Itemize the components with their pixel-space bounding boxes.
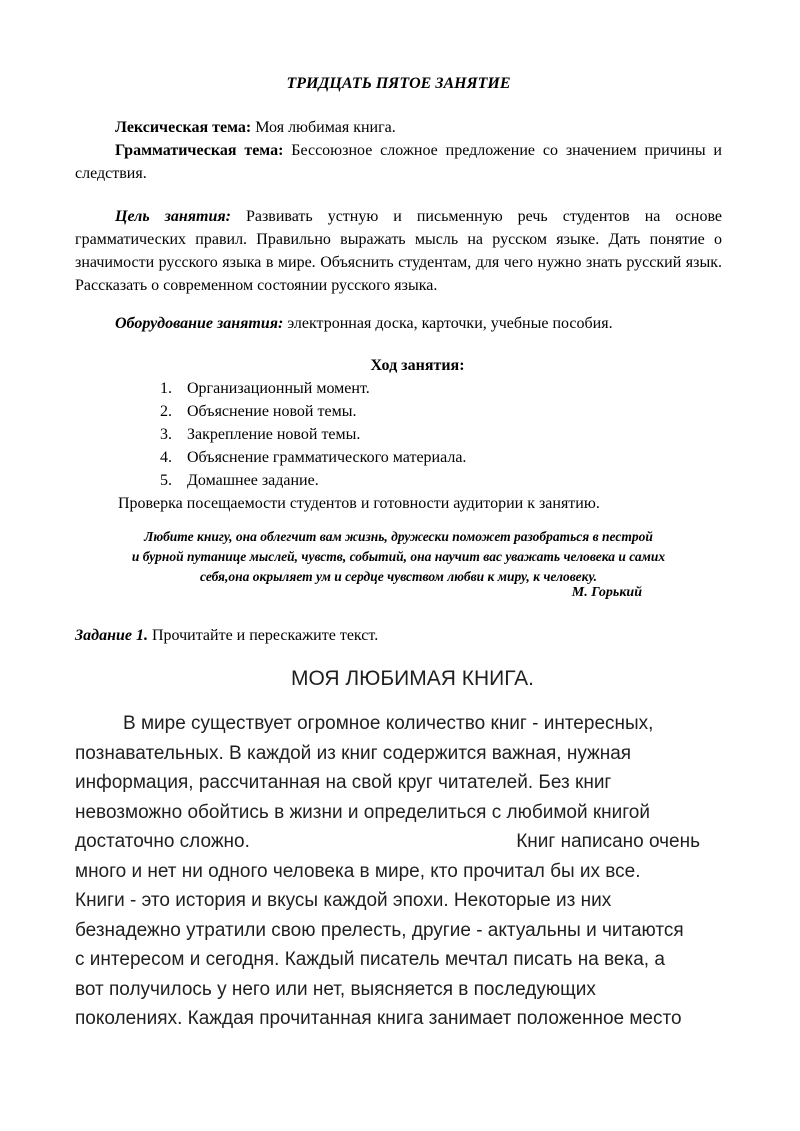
reading-body: В мире существует огромное количество кн… xyxy=(75,709,722,1034)
page-content: ТРИДЦАТЬ ПЯТОЕ ЗАНЯТИЕ Лексическая тема:… xyxy=(0,0,800,1034)
grammar-theme-paragraph: Грамматическая тема: Бессоюзное сложное … xyxy=(75,139,722,185)
grammar-theme-label: Грамматическая тема: xyxy=(115,142,283,159)
epigraph: Любите книгу, она облегчит вам жизнь, др… xyxy=(75,527,722,587)
reading-line: безнадежно утратили свою прелесть, други… xyxy=(75,916,722,946)
lexical-theme-text: Моя любимая книга. xyxy=(251,119,396,136)
epigraph-line: Любите книгу, она облегчит вам жизнь, др… xyxy=(75,527,722,547)
procedure-item: 4.Объяснение грамматического материала. xyxy=(75,446,722,469)
procedure-item: 5.Домашнее задание. xyxy=(75,469,722,492)
equipment-label: Оборудование занятия: xyxy=(115,315,283,332)
reading-line-right: Книг написано очень xyxy=(516,827,700,857)
task-paragraph: Задание 1. Прочитайте и перескажите текс… xyxy=(75,624,722,647)
reading-line: много и нет ни одного человека в мире, к… xyxy=(75,857,722,887)
item-text: Закрепление новой темы. xyxy=(187,423,360,446)
reading-line: поколениях. Каждая прочитанная книга зан… xyxy=(75,1004,722,1034)
procedure-item: 3.Закрепление новой темы. xyxy=(75,423,722,446)
reading-line: с интересом и сегодня. Каждый писатель м… xyxy=(75,945,722,975)
goal-paragraph: Цель занятия: Развивать устную и письмен… xyxy=(75,205,722,297)
item-number: 4. xyxy=(160,446,187,469)
reading-line: невозможно обойтись в жизни и определить… xyxy=(75,798,722,828)
item-text: Объяснение грамматического материала. xyxy=(187,446,466,469)
procedure-heading: Ход занятия: xyxy=(75,354,722,377)
item-text: Домашнее задание. xyxy=(187,469,319,492)
task-label: Задание 1. xyxy=(75,627,148,644)
document-page: ТРИДЦАТЬ ПЯТОЕ ЗАНЯТИЕ Лексическая тема:… xyxy=(0,0,800,1131)
lesson-title: ТРИДЦАТЬ ПЯТОЕ ЗАНЯТИЕ xyxy=(75,72,722,95)
epigraph-line: и бурной путанице мыслей, чувств, событи… xyxy=(75,547,722,567)
equipment-text: электронная доска, карточки, учебные пос… xyxy=(283,315,612,332)
procedure-item: 2.Объяснение новой темы. xyxy=(75,400,722,423)
equipment-paragraph: Оборудование занятия: электронная доска,… xyxy=(75,312,722,335)
reading-line: информация, рассчитанная на свой круг чи… xyxy=(75,768,722,798)
item-text: Объяснение новой темы. xyxy=(187,400,356,423)
reading-line: познавательных. В каждой из книг содержи… xyxy=(75,739,722,769)
reading-heading: МОЯ ЛЮБИМАЯ КНИГА. xyxy=(75,666,722,692)
item-number: 2. xyxy=(160,400,187,423)
procedure-item: 1.Организационный момент. xyxy=(75,377,722,400)
item-number: 5. xyxy=(160,469,187,492)
reading-line-split: достаточно сложно. Книг написано очень xyxy=(75,827,722,857)
task-text: Прочитайте и перескажите текст. xyxy=(148,627,378,644)
lexical-theme-label: Лексическая тема: xyxy=(115,119,251,136)
reading-line-left: достаточно сложно. xyxy=(75,827,250,857)
item-number: 3. xyxy=(160,423,187,446)
attendance-note: Проверка посещаемости студентов и готовн… xyxy=(75,492,722,515)
reading-line: В мире существует огромное количество кн… xyxy=(75,709,722,739)
lexical-theme-paragraph: Лексическая тема: Моя любимая книга. xyxy=(75,116,722,139)
reading-line: Книги - это история и вкусы каждой эпохи… xyxy=(75,886,722,916)
item-text: Организационный момент. xyxy=(187,377,370,400)
reading-line: вот получилось у него или нет, выясняетс… xyxy=(75,975,722,1005)
goal-label: Цель занятия: xyxy=(115,208,231,225)
procedure-list: 1.Организационный момент. 2.Объяснение н… xyxy=(75,377,722,492)
item-number: 1. xyxy=(160,377,187,400)
